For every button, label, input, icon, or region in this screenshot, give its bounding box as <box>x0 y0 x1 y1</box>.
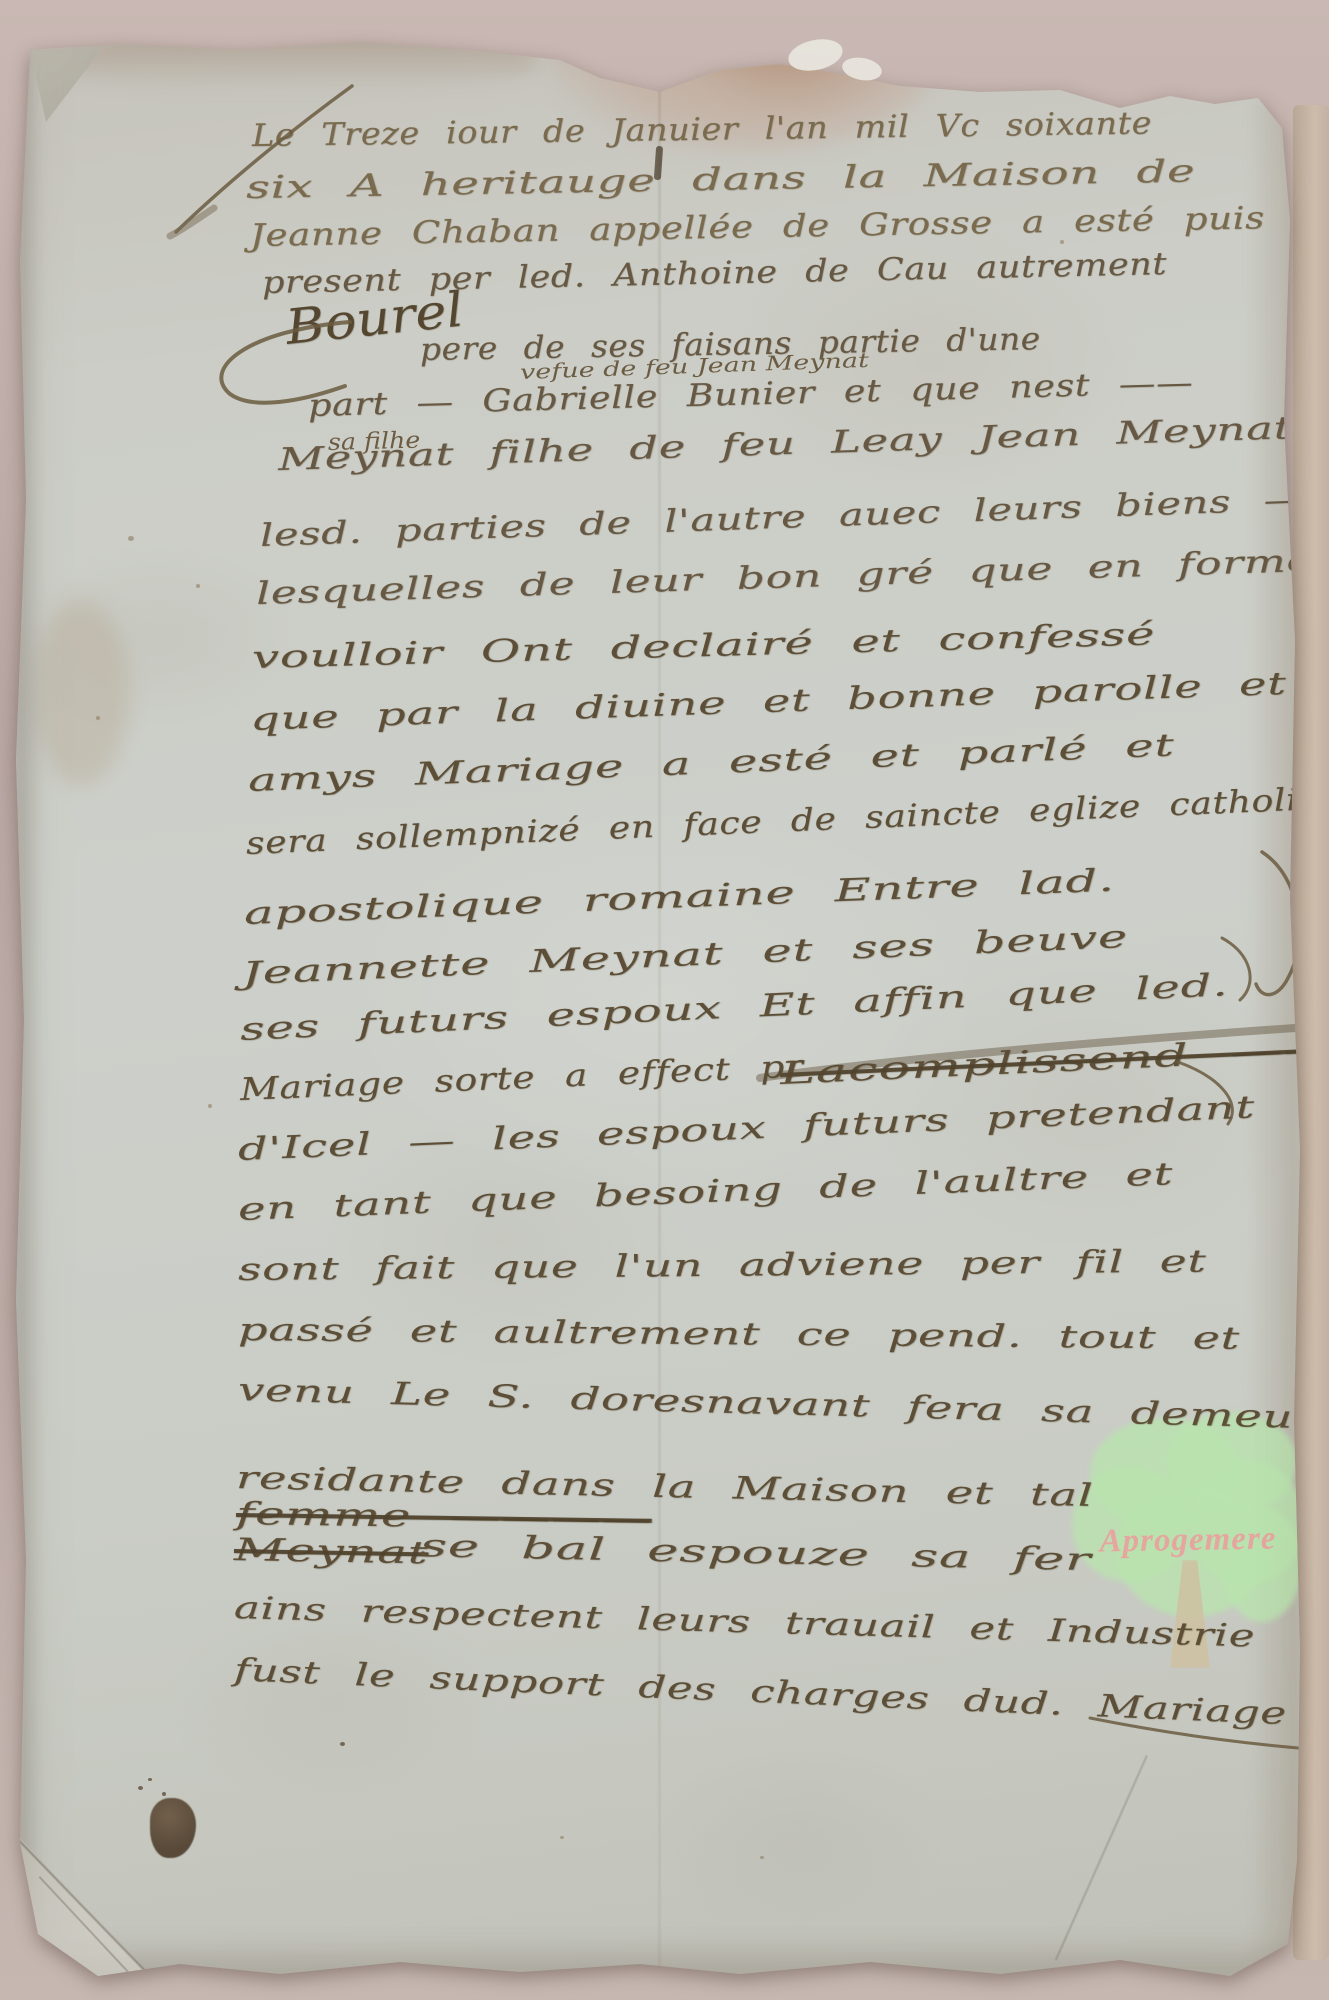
photo-vignette <box>0 0 1329 2000</box>
corner-smudge <box>1243 57 1278 86</box>
manuscript-photo: Aprogemere Le Treze iour de Januier l'an… <box>0 0 1329 2000</box>
paper-shadow: Aprogemere Le Treze iour de Januier l'an… <box>0 0 1329 2000</box>
corner-smudge <box>1267 82 1306 114</box>
corner-smudge <box>1288 118 1306 160</box>
paper-sheet: Aprogemere Le Treze iour de Januier l'an… <box>0 0 1329 2000</box>
